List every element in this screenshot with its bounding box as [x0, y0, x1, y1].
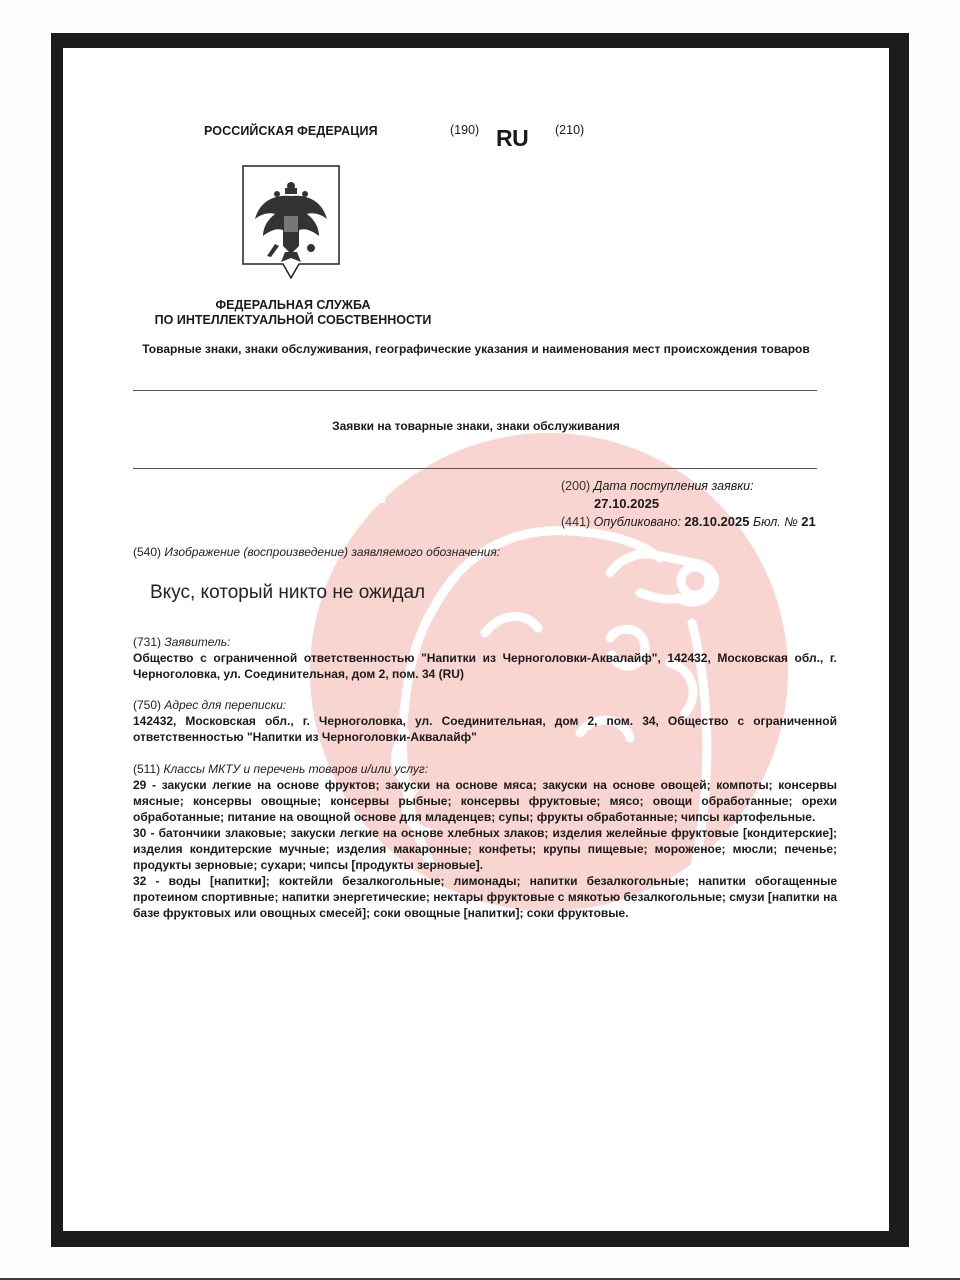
applicant-label: (731) Заявитель:	[133, 634, 837, 650]
correspondence-text: 142432, Московская обл., г. Черноголовка…	[133, 713, 837, 745]
class-item-29: 29 - закуски легкие на основе фруктов; з…	[133, 777, 837, 825]
code-190: (190)	[450, 123, 479, 137]
code-750: (750)	[133, 698, 161, 712]
code-731: (731)	[133, 635, 161, 649]
bulletin-number: 21	[801, 514, 815, 529]
agency-line-1: ФЕДЕРАЛЬНАЯ СЛУЖБА	[143, 298, 443, 313]
country-name: РОССИЙСКАЯ ФЕДЕРАЦИЯ	[204, 124, 378, 138]
code-441: (441)	[561, 515, 590, 529]
redaction-patch	[299, 473, 385, 503]
section-title: Заявки на товарные знаки, знаки обслужив…	[63, 419, 889, 433]
agency-name: ФЕДЕРАЛЬНАЯ СЛУЖБА ПО ИНТЕЛЛЕКТУАЛЬНОЙ С…	[143, 298, 443, 328]
russian-coat-of-arms-icon	[241, 164, 341, 282]
publication-row: (441) Опубликовано: 28.10.2025 Бюл. № 21	[561, 513, 816, 531]
country-code: RU	[496, 125, 528, 152]
classes-label-text: Классы МКТУ и перечень товаров и/или усл…	[163, 762, 428, 776]
publication-label: Опубликовано:	[594, 515, 681, 529]
correspondence-label: (750) Адрес для переписки:	[133, 697, 837, 713]
code-511: (511)	[133, 762, 160, 776]
mark-label: (540) Изображение (воспроизведение) заяв…	[133, 545, 500, 559]
code-200: (200)	[561, 479, 590, 493]
code-210: (210)	[555, 123, 584, 137]
trademark-text: Вкус, который никто не ожидал	[150, 582, 425, 604]
publication-date: 28.10.2025	[684, 514, 749, 529]
bulletin-label: Бюл. №	[753, 515, 798, 529]
correspondence-block: (750) Адрес для переписки: 142432, Моско…	[133, 697, 837, 745]
filing-date: 27.10.2025	[561, 495, 816, 513]
filing-date-row: (200) Дата поступления заявки:	[561, 477, 816, 495]
applicant-text: Общество с ограниченной ответственностью…	[133, 650, 837, 682]
code-540: (540)	[133, 545, 161, 559]
classes-label: (511) Классы МКТУ и перечень товаров и/и…	[133, 761, 837, 777]
correspondence-label-text: Адрес для переписки:	[164, 698, 286, 712]
document-page: РОССИЙСКАЯ ФЕДЕРАЦИЯ (190) RU (210) ФЕДЕ…	[63, 48, 889, 1231]
mark-label-text: Изображение (воспроизведение) заявляемог…	[164, 545, 500, 559]
applicant-label-text: Заявитель:	[164, 635, 230, 649]
class-item-32: 32 - воды [напитки]; коктейли безалкогол…	[133, 873, 837, 921]
filing-info: (200) Дата поступления заявки: 27.10.202…	[561, 477, 816, 531]
filing-date-label: Дата поступления заявки:	[594, 479, 754, 493]
document-subtitle: Товарные знаки, знаки обслуживания, геог…	[63, 342, 889, 356]
applicant-block: (731) Заявитель: Общество с ограниченной…	[133, 634, 837, 682]
divider-top	[133, 390, 817, 391]
divider-bottom	[133, 468, 817, 469]
class-item-30: 30 - батончики злаковые; закуски легкие …	[133, 825, 837, 873]
agency-line-2: ПО ИНТЕЛЛЕКТУАЛЬНОЙ СОБСТВЕННОСТИ	[143, 313, 443, 328]
classes-block: (511) Классы МКТУ и перечень товаров и/и…	[133, 761, 837, 921]
classes-list: 29 - закуски легкие на основе фруктов; з…	[133, 777, 837, 921]
